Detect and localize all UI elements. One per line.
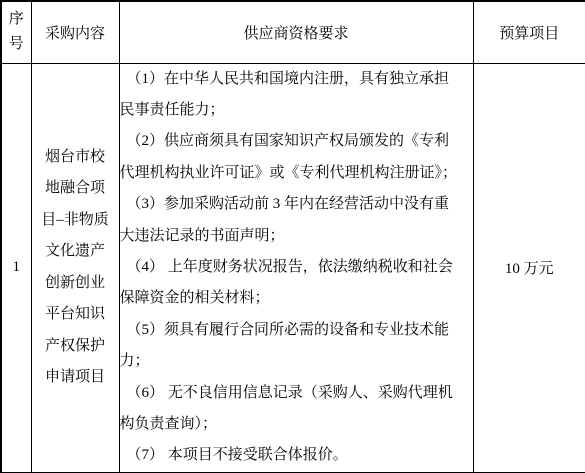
header-budget-item: 预算项目 [473, 1, 585, 63]
cell-seq-number: 1 [1, 63, 31, 473]
requirement-item-4: （4） 上年度财务状况报告，依法缴纳税收和社会 保障资金的相关材料； [120, 252, 473, 315]
requirement-item-7: （7） 本项目不接受联合体报价。 [120, 440, 473, 471]
document-page: 序 号 采购内容 供应商资格要求 预算项目 1 烟台市校 地融合项 目–非物质 … [0, 0, 585, 473]
header-seq-number: 序 号 [1, 1, 31, 63]
cell-budget-amount: 10 万元 [473, 63, 585, 473]
table-header-row: 序 号 采购内容 供应商资格要求 预算项目 [1, 1, 585, 63]
cell-procurement-content: 烟台市校 地融合项 目–非物质 文化遗产 创新创业 平台知识 产权保护 申请项目 [31, 63, 119, 473]
procurement-table: 序 号 采购内容 供应商资格要求 预算项目 1 烟台市校 地融合项 目–非物质 … [0, 0, 585, 473]
header-supplier-qualifications: 供应商资格要求 [119, 1, 473, 63]
requirement-item-2: （2）供应商须具有国家知识产权局颁发的《专利 代理机构执业许可证》或《专利代理机… [120, 126, 473, 189]
requirement-item-3: （3）参加采购活动前 3 年内在经营活动中没有重 大违法记录的书面声明； [120, 189, 473, 252]
header-procurement-content: 采购内容 [31, 1, 119, 63]
table-row: 1 烟台市校 地融合项 目–非物质 文化遗产 创新创业 平台知识 产权保护 申请… [1, 63, 585, 473]
requirement-item-5: （5）须具有履行合同所必需的设备和专业技术能 力； [120, 315, 473, 378]
cell-supplier-qualifications: （1）在中华人民共和国境内注册，具有独立承担 民事责任能力； （2）供应商须具有… [119, 63, 473, 473]
requirement-item-1: （1）在中华人民共和国境内注册，具有独立承担 民事责任能力； [120, 64, 473, 127]
requirement-item-6: （6） 无不良信用信息记录（采购人、采购代理机 构负责查询）； [120, 378, 473, 441]
